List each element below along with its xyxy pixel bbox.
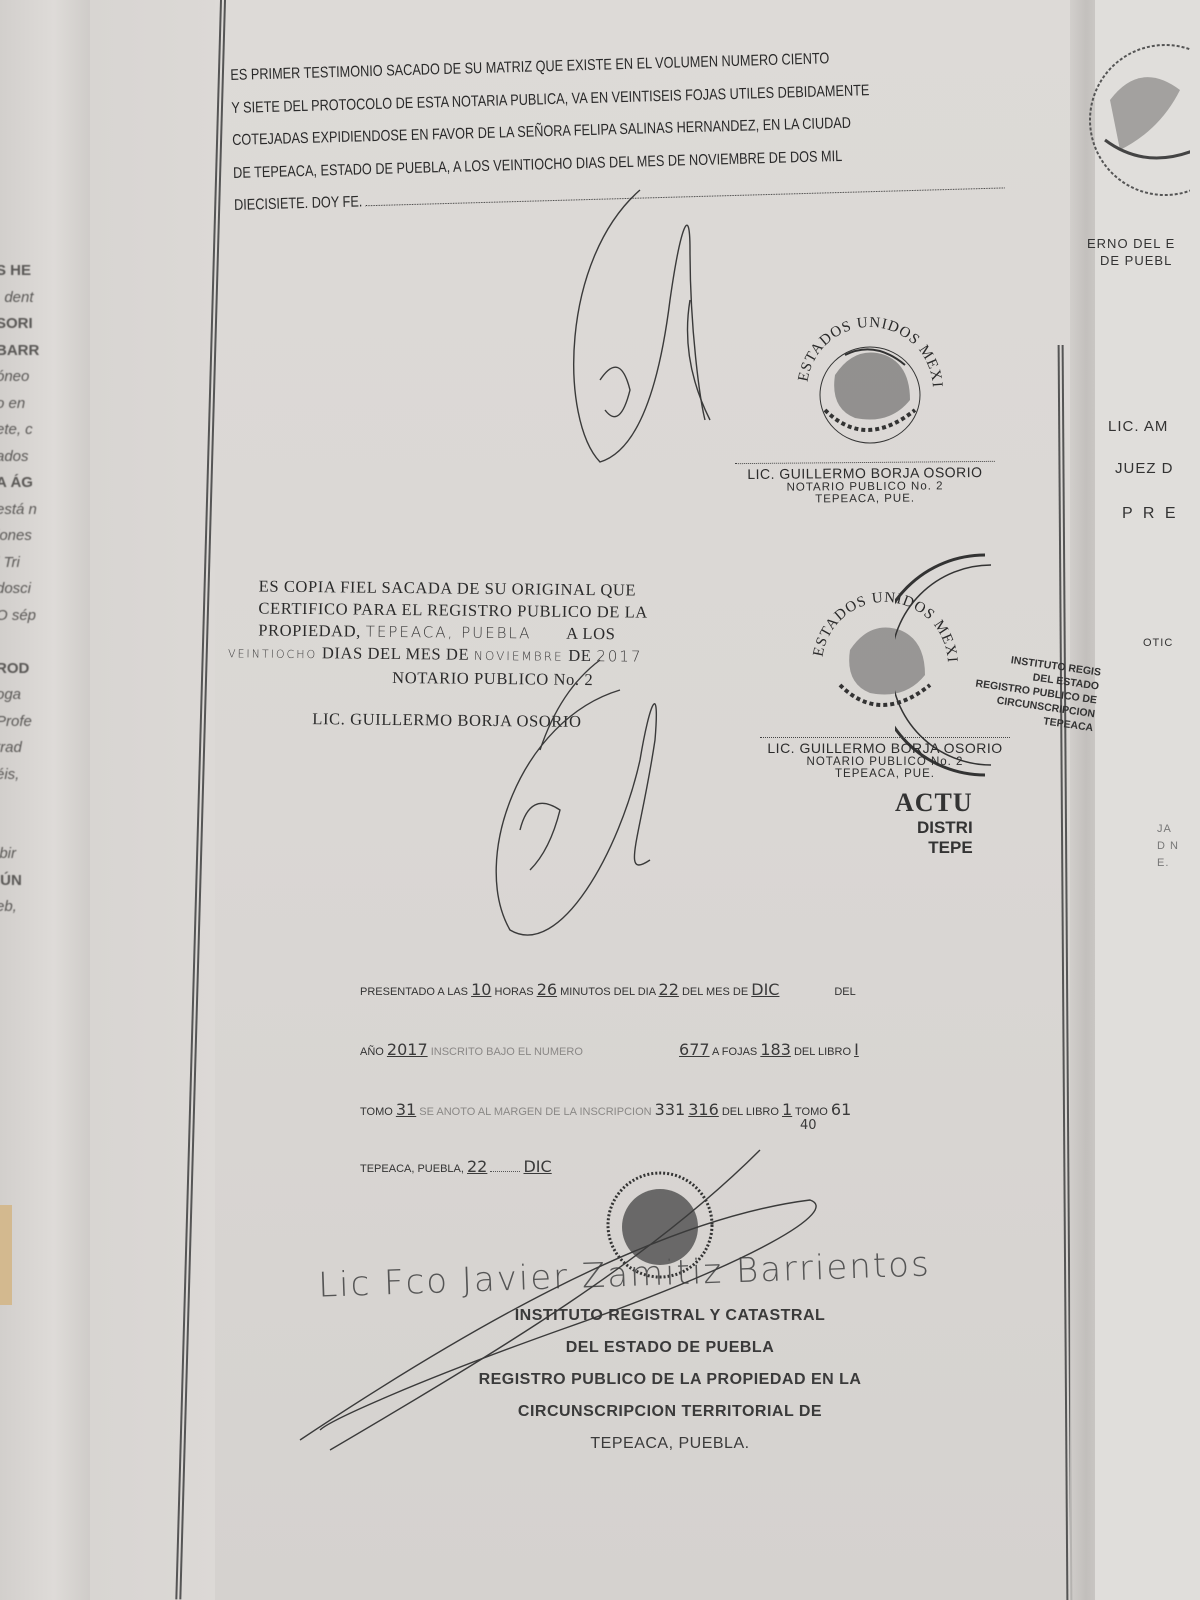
notary-place: TEPEACA, PUE. — [760, 768, 1010, 780]
e-text: E. — [1157, 857, 1169, 869]
notary-name: LIC. GUILLERMO BORJA OSORIO — [760, 737, 1010, 756]
field-tomo-2: 61 — [831, 1100, 851, 1119]
handwritten-place: TEPEACA, PUEBLA — [366, 623, 532, 643]
field-libro-2: 1 — [782, 1100, 792, 1119]
folder-tab — [0, 1205, 12, 1305]
notary-signature-block-2: LIC. GUILLERMO BORJA OSORIO NOTARIO PUBL… — [760, 737, 1010, 780]
mexican-eagle-seal-icon: ESTADOS UNIDOS MEXICANOS — [785, 295, 955, 465]
left-page-text-fragment: ados — [0, 448, 29, 465]
pre-text: P R E — [1122, 505, 1179, 523]
seal-icon — [1080, 20, 1190, 220]
field-inscripcion: 331 — [655, 1100, 686, 1119]
field-hours: 10 — [471, 980, 491, 999]
handwritten-day: VEINTIOCHO — [228, 647, 317, 661]
left-page-text-fragment: Profe — [0, 713, 32, 730]
handwritten-year: 2017 — [596, 647, 642, 665]
field-fojas: 183 — [760, 1040, 791, 1059]
handwritten-month: NOVIEMBRE — [474, 649, 564, 664]
left-page-text-fragment: l Tri — [0, 554, 20, 571]
left-page-text-fragment: , dent — [0, 289, 34, 306]
notary-place: TEPEACA, PUE. — [735, 492, 995, 506]
underlying-left-page: S HE, dentSORIBARRóneoo enete, cadosA ÁG… — [0, 0, 90, 1600]
field-fojas-2: 316 — [688, 1100, 719, 1119]
left-page-text-fragment: dosci — [0, 580, 31, 597]
left-page-text-fragment: iones — [0, 527, 32, 544]
left-page-text-fragment: A ÁG — [0, 474, 33, 491]
field-month: DIC — [751, 980, 831, 999]
gov-text-1: ERNO DEL E — [1087, 236, 1175, 251]
left-page-text-fragment: está n — [0, 501, 37, 518]
left-page-text-fragment: trad — [0, 739, 22, 756]
left-page-text-fragment: o en — [0, 395, 25, 412]
field-minutes: 26 — [537, 980, 557, 999]
left-page-text-fragment: ibir — [0, 845, 16, 862]
cert-line: NOTARIO PUBLICO No. 2 — [258, 666, 728, 693]
lic-text: LIC. AM — [1108, 418, 1168, 435]
left-page-text-fragment: O sép — [0, 607, 36, 624]
testimony-paragraph: ES PRIMER TESTIMONIO SACADO DE SU MATRIZ… — [230, 41, 907, 222]
cert-signer: LIC. GUILLERMO BORJA OSORIO — [312, 708, 727, 734]
certification-paragraph: ES COPIA FIEL SACADA DE SU ORIGINAL QUE … — [257, 576, 729, 735]
notary-title: NOTARIO PUBLICO No. 2 — [760, 756, 1010, 768]
registry-institute-footer: INSTITUTO REGISTRAL Y CATASTRAL DEL ESTA… — [440, 1300, 900, 1460]
field-number: 677 — [679, 1040, 710, 1059]
left-page-text-fragment: S HE — [0, 262, 31, 279]
notary-name: LIC. GUILLERMO BORJA OSORIO — [735, 461, 995, 482]
left-page-text-fragment: ete, c — [0, 421, 33, 438]
gov-text-2: DE PUEBL — [1100, 253, 1172, 268]
field-day: 22 — [659, 980, 679, 999]
notary-seal-1: ESTADOS UNIDOS MEXICANOS — [785, 295, 955, 465]
left-page-text-fragment: IÚN — [0, 872, 22, 889]
otic-text: OTIC — [1143, 637, 1173, 649]
left-page-text-fragment: BARR — [0, 342, 39, 359]
field-year: 2017 — [387, 1040, 428, 1059]
underlying-right-page: ERNO DEL E DE PUEBL LIC. AM JUEZ D P R E… — [1095, 0, 1200, 1600]
left-page-text-fragment: óneo — [0, 368, 29, 385]
ja-text: JA — [1157, 823, 1172, 835]
left-page-text-fragment: SORI — [0, 315, 33, 332]
field-date-month: DIC — [523, 1157, 551, 1176]
left-page-text-fragment: eb, — [0, 898, 17, 915]
field-date-day: 22 — [467, 1157, 487, 1176]
left-page-text-fragment: ROD — [0, 660, 29, 677]
juez-text: JUEZ D — [1115, 460, 1174, 477]
field-libro: I — [854, 1040, 894, 1059]
page-margin — [90, 0, 220, 1600]
left-page-text-fragment: oga — [0, 686, 21, 703]
actuaria-stamp: ACTU DISTRI TEPE — [895, 788, 973, 858]
dn-text: D N — [1157, 840, 1179, 852]
notary-signature-block-1: LIC. GUILLERMO BORJA OSORIO NOTARIO PUBL… — [735, 461, 995, 506]
field-tomo: 31 — [396, 1100, 416, 1119]
left-page-text-fragment: éis, — [0, 766, 19, 783]
